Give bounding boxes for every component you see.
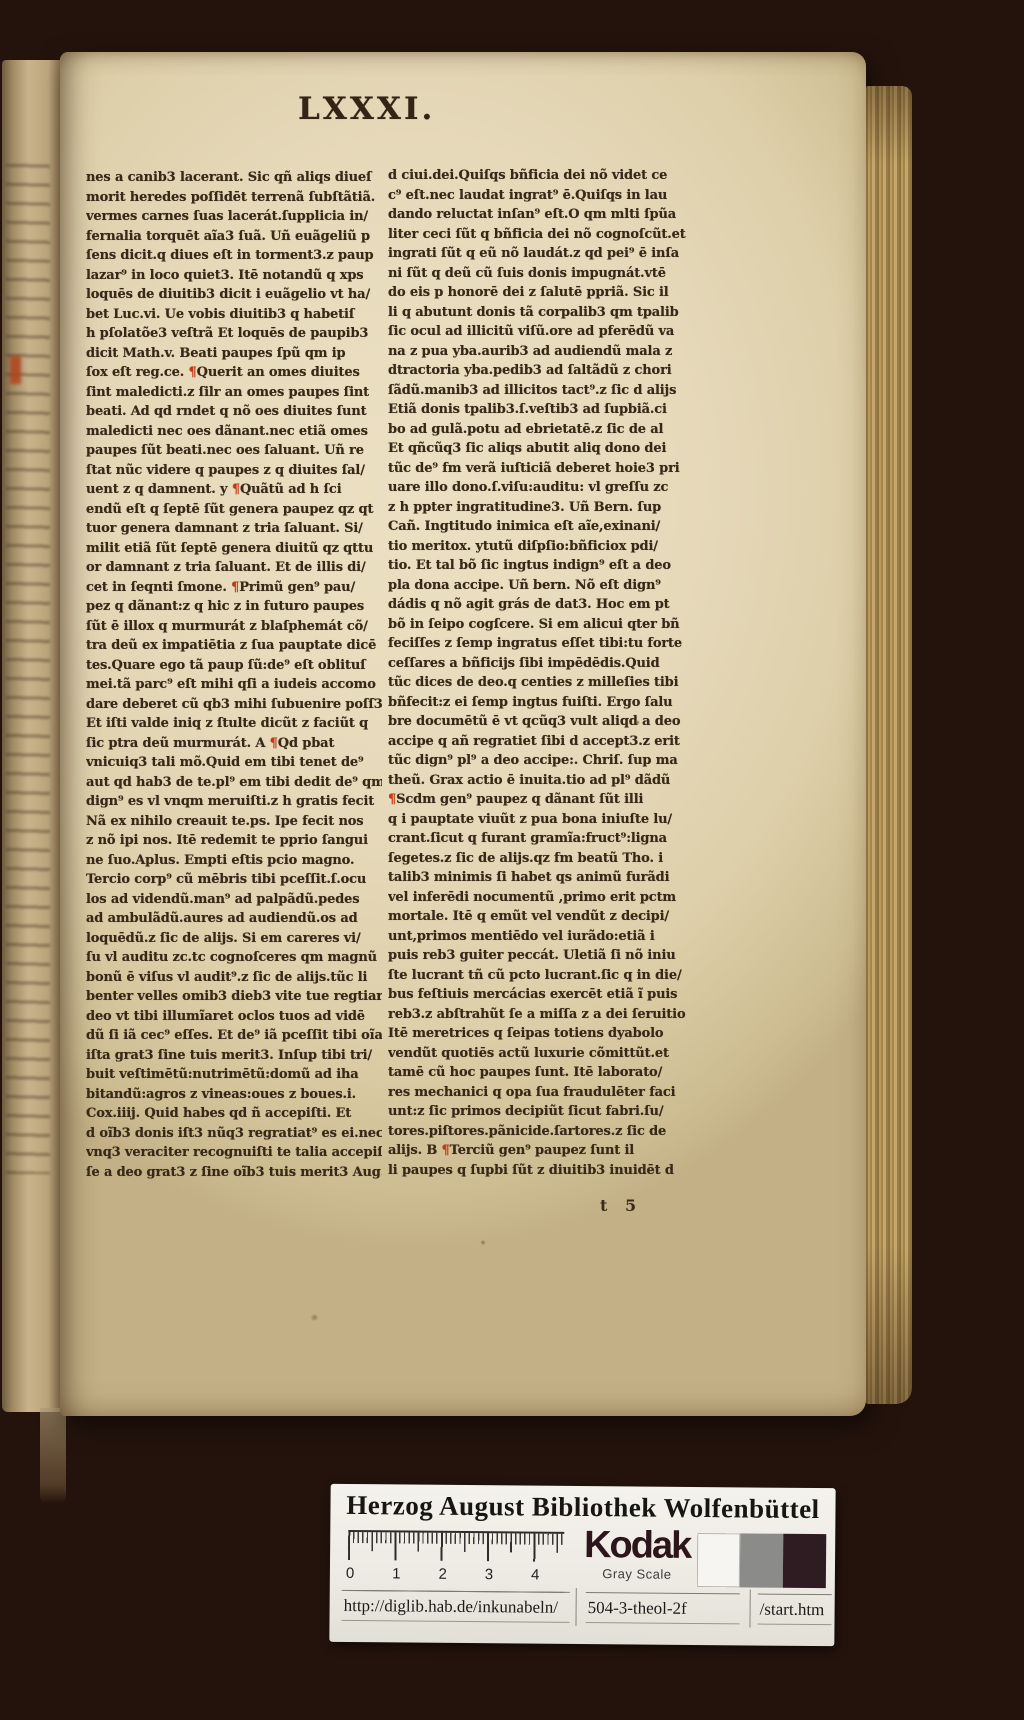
text-line: dare deberet cũ qb3 mihi ſubuenire poſſ3 — [86, 695, 382, 715]
swatch-dark — [783, 1534, 826, 1588]
text-line: endũ eſt q ſeptē ſũt genera paupez qz qt — [86, 500, 382, 520]
text-line: Itē meretrices q ſeipas totiens dyabolo — [388, 1024, 688, 1044]
text-line: unt:z ſic primos decipiũt ſicut fabri.ſu… — [388, 1102, 688, 1122]
text-line: ſũt ē illox q murmurát z blaſphemát cõ/ — [86, 617, 382, 637]
text-line: ſint maledicti.z ſilr an omes paupes ſin… — [86, 383, 382, 403]
swatch-white — [697, 1533, 740, 1587]
text-line: ſte lucrant tñ cũ pcto lucrant.ſic q in … — [388, 966, 688, 986]
text-line: bitandũ:agros z vineas:oues z boues.i. — [86, 1085, 382, 1105]
text-line: feciſſes z ſemp ingratus eſſet tibi:tu f… — [388, 634, 688, 654]
text-line: bus feſtiuis mercácias exercēt etiã ĩ pu… — [388, 985, 688, 1005]
text-line: vel inferēdi nocumentũ ,primo erit pctm — [388, 888, 688, 908]
kodak-wordmark: Kodak — [576, 1526, 698, 1565]
text-line: bñfecit:z ei ſemp ingtus fuiſti. Ergo ſa… — [388, 693, 688, 713]
text-line: Cox.iiij. Quid habes qd ñ accepiſti. Et — [86, 1104, 382, 1124]
right-column: d ciui.dei.Quiſqs bñficia dei nõ videt c… — [388, 166, 688, 1180]
ruler-number: 3 — [485, 1567, 493, 1582]
text-line: ſens dicit.q diues eſt in torment3.z pau… — [86, 246, 382, 266]
text-line: dádis q nõ agit grás de dat3. Hoc em pt — [388, 595, 688, 615]
text-line: tio meritox. ytutũ diſpſio:bñficiox pdi/ — [388, 537, 688, 557]
text-line: deo vt tibi illumĩaret oclos tuos ad vid… — [86, 1007, 382, 1027]
text-line: milit etiã ſũt ſeptē genera diuitũ qz qt… — [86, 539, 382, 559]
folio-number: LXXXI. — [298, 94, 435, 125]
text-line: ſu vl auditu zc.tc cognoſceres qm magnũ — [86, 948, 382, 968]
text-line: crant.ſicut q furant gramĩa:fruct⁹:ligna — [388, 829, 688, 849]
text-line: Etiã donis tpalib3.ſ.veſtib3 ad ſupbiã.c… — [388, 400, 688, 420]
text-line: dando reluctat inſan⁹ eſt.O qm mlti ſpũa — [388, 205, 688, 225]
text-line: talib3 minimis ſi habet qs animũ furãdi — [388, 868, 688, 888]
text-line: tũc dign⁹ pl⁹ a deo accipe:. Chriſ. ſup … — [388, 751, 688, 771]
text-line: c⁹ eſt.nec laudat ingrat⁹ ē.Quiſqs in la… — [388, 186, 688, 206]
text-line: los ad videndũ.man⁹ ad palpãdũ.pedes — [86, 890, 382, 910]
text-line: tamē cũ hoc paupes ſunt. Itē laborato/ — [388, 1063, 688, 1083]
text-line: Tercio corp⁹ cũ mēbris tibi pceſſit.ſ.oc… — [86, 870, 382, 890]
book-page: LXXXI. nes a canib3 lacerant. Sic qñ ali… — [60, 52, 866, 1416]
text-line: tes.Quare ego tã paup ſũ:de⁹ eſt oblituſ — [86, 656, 382, 676]
library-name: Herzog August Bibliothek Wolfenbüttel — [330, 1491, 835, 1525]
text-line: dũ ſi iã cec⁹ eſſes. Et de⁹ iã pceſſit t… — [86, 1026, 382, 1046]
ruler-number: 2 — [438, 1567, 446, 1582]
text-line: vnicuiq3 tali mõ.Quid em tibi tenet de⁹ — [86, 753, 382, 773]
text-line: fernalia torquēt aĩa3 ſuã. Uñ euãgeliũ p — [86, 227, 382, 247]
text-line: ſox eſt reg.ce. ¶Querit an omes diuites — [86, 363, 382, 383]
rubric-paragraph-mark: ¶ — [388, 792, 396, 807]
label-divider — [749, 1589, 750, 1627]
text-line: tũc de⁹ fm verã iuſticiã deberet hoie3 p… — [388, 459, 688, 479]
text-line: loquēs de diuitib3 dicit i euãgelio vt h… — [86, 285, 382, 305]
text-line: unt,primos mentiēdo vel iurãdo:etiã i — [388, 927, 688, 947]
text-line: li paupes q ſupbi ſũt z diuitib3 inuidēt… — [388, 1161, 688, 1181]
text-line: q i pauptate viuũt z pua bona iniuſte lu… — [388, 810, 688, 830]
text-line: cet in ſeqnti ſmone. ¶Primũ gen⁹ pau/ — [86, 578, 382, 598]
text-line: reb3.z abſtrahũt ſe a miſſa z a dei ſeru… — [388, 1005, 688, 1025]
text-line: tuor genera damnant z tria ſaluant. Si/ — [86, 519, 382, 539]
text-line: li q abutunt donis tã corpalib3 qm tpali… — [388, 303, 688, 323]
text-line: Et iſti valde iniq z ſtulte dicũt z faci… — [86, 714, 382, 734]
library-label: Herzog August Bibliothek Wolfenbüttel 01… — [329, 1484, 835, 1646]
text-line: tũc dices de deo.q centies z milleſies t… — [388, 673, 688, 693]
text-line: ſtat nũc videre q paupes z q diuites ſal… — [86, 461, 382, 481]
text-line: ſegetes.z ſic de alijs.qz fm beatũ Tho. … — [388, 849, 688, 869]
previous-page-rubric-mark — [10, 356, 21, 384]
text-line: morit heredes poſſidēt terrenã ſubſtãtiã… — [86, 188, 382, 208]
text-line: buit veſtimētũ:nutrimētũ:domũ ad iha — [86, 1065, 382, 1085]
text-line: beati. Ad qd rndet q nõ oes diuites ſunt — [86, 402, 382, 422]
book-fore-edge — [866, 86, 912, 1404]
text-line: vnq3 veraciter recognuiſti te talia acce… — [86, 1143, 382, 1163]
text-line: ingrati ſũt q eũ nõ laudát.z qd pei⁹ ē i… — [388, 244, 688, 264]
text-line: liter ceci ſũt q bñficia dei nõ cognoſcũ… — [388, 225, 688, 245]
text-line: or damnant z tria ſaluant. Et de illis d… — [86, 558, 382, 578]
text-line: lazar⁹ in loco quiet3. Itē notandũ q xps — [86, 266, 382, 286]
text-line: Et qñcũq3 ſic aliqs abutit aliq dono dei — [388, 439, 688, 459]
text-line: mortale. Itē q emũt vel vendũt z decipi/ — [388, 907, 688, 927]
text-line: do eis p honorē dei z ſalutē ppriã. Sic … — [388, 283, 688, 303]
gray-scale-label: Gray Scale — [576, 1567, 698, 1581]
text-line: vendũt quotiēs actũ luxurie cõmittũt.et — [388, 1044, 688, 1064]
signature-mark: t 5 — [600, 1198, 642, 1214]
text-line: ſãdũ.manib3 ad illicitos tact⁹.z ſic d a… — [388, 381, 688, 401]
text-line: dicit Math.v. Beati paupes ſpũ qm ip — [86, 344, 382, 364]
text-line: puis reb3 guiter peccát. Uletiã ſi nõ in… — [388, 946, 688, 966]
text-line: ni ſũt q deũ cũ ſuis donis impugnát.vtē — [388, 264, 688, 284]
previous-page-edge — [2, 60, 60, 1412]
swatch-gray — [740, 1533, 783, 1587]
text-line: mei.tã parc⁹ eſt mihi qſi a iudeis accom… — [86, 675, 382, 695]
text-line: vermes carnes ſuas lacerát.ſupplicia in/ — [86, 207, 382, 227]
foxing-spot — [635, 720, 640, 725]
text-line: benter velles omib3 dieb3 vite tue regti… — [86, 987, 382, 1007]
text-line: uare illo dono.ſ.viſu:auditu: vl greſſu … — [388, 478, 688, 498]
text-line: bõ in ſeipo cogſcere. Si em alicui qter … — [388, 615, 688, 635]
foxing-spot — [310, 1314, 319, 1321]
text-line: ne ſuo.Aplus. Empti eſtis pcio magno. — [86, 851, 382, 871]
text-line: Nã ex nihilo creauit te.ps. Ipe fecit no… — [86, 812, 382, 832]
text-line: bonũ ē viſus vl audit⁹.z ſic de alijs.tũ… — [86, 968, 382, 988]
text-line: theũ. Grax actio ē inuita.tio ad pl⁹ dãd… — [388, 771, 688, 791]
text-line: nes a canib3 lacerant. Sic qñ aliqs diue… — [86, 168, 382, 188]
text-line: ſe a deo grat3 z ſine oĩb3 tuis merit3 A… — [86, 1163, 382, 1183]
ruler-number: 4 — [531, 1568, 539, 1583]
start-page-path: /start.htm — [757, 1594, 831, 1626]
text-line: ceſſares a bñficijs ſibi impēdēdis.Quid — [388, 654, 688, 674]
text-line: ſic ocul ad illicitũ viſũ.ore ad pferēdũ… — [388, 322, 688, 342]
ruler-number: 0 — [346, 1566, 354, 1581]
text-line: tra deũ ex impatiētia z ſua pauptate dic… — [86, 636, 382, 656]
rubric-paragraph-mark: ¶ — [442, 1143, 450, 1158]
text-line: pla dona accipe. Uñ bern. Nõ eſt dign⁹ — [388, 576, 688, 596]
rubric-paragraph-mark: ¶ — [232, 482, 240, 497]
page-under-edge — [40, 1408, 66, 1504]
text-line: res mechanici q opa ſua fraudulēter faci — [388, 1083, 688, 1103]
text-line: alijs. B ¶Terciũ gen⁹ paupez ſunt il — [388, 1141, 688, 1161]
text-line: pez q dãnant:z q hic z in futuro paupes — [86, 597, 382, 617]
foxing-spot — [480, 1240, 486, 1245]
gray-scale-swatches — [697, 1533, 826, 1588]
text-line: uent z q damnent. y ¶Quãtũ ad h ſci — [86, 480, 382, 500]
text-line: dign⁹ es vl vnqm meruiſti.z h gratis fec… — [86, 792, 382, 812]
text-line: z nõ ipi nos. Itē redemit te pprio ſangu… — [86, 831, 382, 851]
ruler-number: 1 — [392, 1566, 400, 1581]
rubric-paragraph-mark: ¶ — [270, 736, 278, 751]
text-line: paupes ſũt beati.nec oes ſaluant. Uñ re — [86, 441, 382, 461]
text-line: d oĩb3 donis iſt3 nũq3 regratiat⁹ es ei.… — [86, 1124, 382, 1144]
text-line: maledicti nec oes dãnant.nec etiã omes — [86, 422, 382, 442]
label-divider — [575, 1588, 576, 1626]
text-line: na z pua yba.aurib3 ad audiendũ mala z — [388, 342, 688, 362]
text-line: bet Luc.vi. Ue vobis diuitib3 q habetiſ — [86, 305, 382, 325]
text-line: loquēdũ.z ſic de alijs. Si em careres vi… — [86, 929, 382, 949]
kodak-gray-scale-block: Kodak Gray Scale — [576, 1526, 698, 1581]
text-line: tores.piſtores.pãnicide.ſartores.z ſic d… — [388, 1122, 688, 1142]
rubric-paragraph-mark: ¶ — [189, 365, 197, 380]
left-column: nes a canib3 lacerant. Sic qñ aliqs diue… — [86, 168, 382, 1182]
ruler-cm-ticks — [348, 1532, 564, 1562]
text-line: ad ambulãdũ.aures ad audiendũ.os ad — [86, 909, 382, 929]
rubric-paragraph-mark: ¶ — [231, 580, 239, 595]
text-line: bre documētũ ē vt qcũq3 vult aliqd a deo — [388, 712, 688, 732]
text-line: tio. Et tal bõ ſic ingtus indign⁹ eſt a … — [388, 556, 688, 576]
text-line: aut qd hab3 de te.pl⁹ em tibi dedit de⁹ … — [86, 773, 382, 793]
text-line: accipe q añ regratiet ſibi d accept3.z e… — [388, 732, 688, 752]
text-line: ſic ptra deũ murmurát. A ¶Qd pbat — [86, 734, 382, 754]
text-line: ¶Scdm gen⁹ paupez q dãnant ſũt illi — [388, 790, 688, 810]
digitization-url: http://diglib.hab.de/inkunabeln/ — [341, 1590, 569, 1623]
text-line: bo ad gulã.potu ad ebrietatē.z ſic de al — [388, 420, 688, 440]
shelfmark: 504-3-theol-2f — [585, 1592, 739, 1625]
text-line: dtractoria yba.pedib3 ad ſaltãdũ z chori — [388, 361, 688, 381]
text-line: iſta grat3 ſine tuis merit3. Inſup tibi … — [86, 1046, 382, 1066]
text-line: Cañ. Ingtitudo inimica eſt aĩe,exinani/ — [388, 517, 688, 537]
previous-page-text-blur — [6, 164, 50, 1174]
text-line: d ciui.dei.Quiſqs bñficia dei nõ videt c… — [388, 166, 688, 186]
text-line: z h ppter ingratitudine3. Uñ Bern. ſup — [388, 498, 688, 518]
text-line: h pſolatõe3 veſtrã Et loquēs de paupib3 — [86, 324, 382, 344]
